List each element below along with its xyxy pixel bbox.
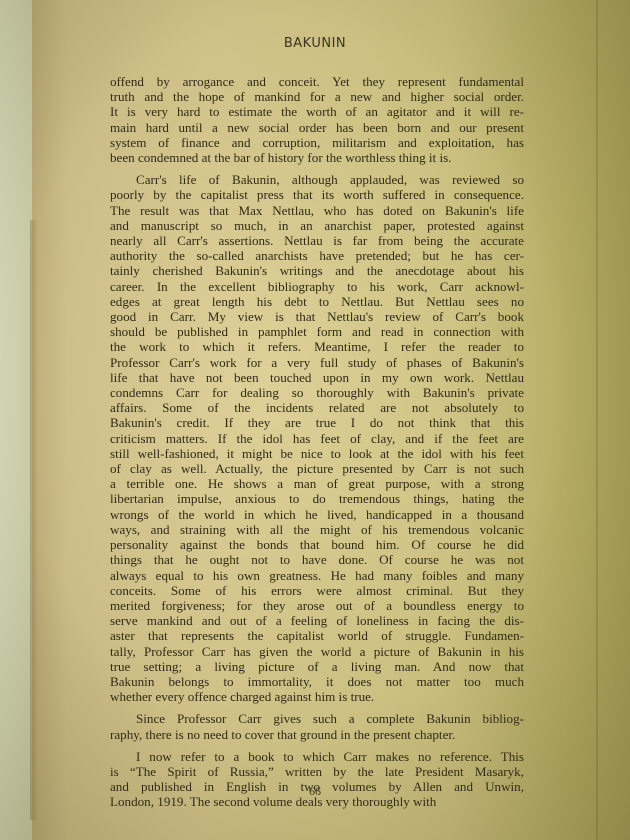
page-edge-shadow (30, 220, 38, 820)
text-line: life that have not been touched upon in … (110, 370, 524, 385)
text-line: Since Professor Carr gives such a comple… (110, 711, 524, 726)
text-line: system of finance and corruption, milita… (110, 135, 524, 150)
text-line: libertarian impulse, anxious to do treme… (110, 491, 524, 506)
text-line: edges at great length his debt to Nettla… (110, 294, 524, 309)
page-fold (596, 0, 598, 840)
text-line: The result was that Max Nettlau, who has… (110, 203, 524, 218)
text-line: tally, Professor Carr has given the worl… (110, 644, 524, 659)
text-line: Professor Carr's work for a very full st… (110, 355, 524, 370)
text-line: conceits. Some of his errors were almost… (110, 583, 524, 598)
text-line: truth and the hope of mankind for a new … (110, 89, 524, 104)
text-line: still well-fashioned, it might be nice t… (110, 446, 524, 461)
text-line: criticism matters. If the idol has feet … (110, 431, 524, 446)
text-line: always equal to his own greatness. He ha… (110, 568, 524, 583)
text-line: and manuscript so much, in an anarchist … (110, 218, 524, 233)
text-line: whether every offence charged against hi… (110, 689, 524, 704)
text-line: condemns Carr for dealing so thoroughly … (110, 385, 524, 400)
background-surface (0, 0, 34, 840)
text-line: should be published in pamphlet form and… (110, 324, 524, 339)
text-line: I now refer to a book to which Carr make… (110, 749, 524, 764)
text-line: good in Carr. My view is that Nettlau's … (110, 309, 524, 324)
text-line: true setting; a living picture of a livi… (110, 659, 524, 674)
text-line: Carr's life of Bakunin, although applaud… (110, 172, 524, 187)
text-line: personality against the bonds that bound… (110, 537, 524, 552)
text-line: of clay as well. Actually, the picture p… (110, 461, 524, 476)
text-line: career. In the excellent bibliography to… (110, 279, 524, 294)
text-line: authority the so-called anarchists have … (110, 248, 524, 263)
body-text: offend by arrogance and conceit. Yet the… (110, 74, 524, 810)
text-line: wrongs of the world in which he lived, h… (110, 507, 524, 522)
text-line: It is very hard to estimate the worth of… (110, 104, 524, 119)
text-line: tainly cherished Bakunin's writings and … (110, 263, 524, 278)
text-line: is “The Spirit of Russia,” written by th… (110, 764, 524, 779)
text-line: been condemned at the bar of history for… (110, 150, 524, 165)
paragraph: offend by arrogance and conceit. Yet the… (110, 74, 524, 165)
text-line: the work to which it refers. Meantime, I… (110, 339, 524, 354)
text-line: raphy, there is no need to cover that gr… (110, 727, 524, 742)
paragraph: Since Professor Carr gives such a comple… (110, 711, 524, 741)
text-line: affairs. Some of the incidents related a… (110, 400, 524, 415)
text-line: poorly by the capitalist press that its … (110, 187, 524, 202)
text-line: Bakunin belongs to immortality, it does … (110, 674, 524, 689)
paragraph: I now refer to a book to which Carr make… (110, 749, 524, 810)
text-line: main hard until a new social order has b… (110, 120, 524, 135)
text-line: nearly all Carr's assertions. Nettlau is… (110, 233, 524, 248)
running-head: BAKUNIN (0, 36, 630, 51)
text-line: aster that represents the capitalist wor… (110, 628, 524, 643)
text-line: merited forgiveness; for they arose out … (110, 598, 524, 613)
text-line: offend by arrogance and conceit. Yet the… (110, 74, 524, 89)
text-line: Bakunin's credit. If they are true I do … (110, 415, 524, 430)
text-line: things that he ought not to have done. O… (110, 552, 524, 567)
page-number: 66 (0, 784, 630, 799)
text-line: a terrible one. He shows a man of great … (110, 476, 524, 491)
paragraph: Carr's life of Bakunin, although applaud… (110, 172, 524, 704)
text-line: serve mankind and out of a feeling of lo… (110, 613, 524, 628)
text-line: ways, and straining with all the might o… (110, 522, 524, 537)
